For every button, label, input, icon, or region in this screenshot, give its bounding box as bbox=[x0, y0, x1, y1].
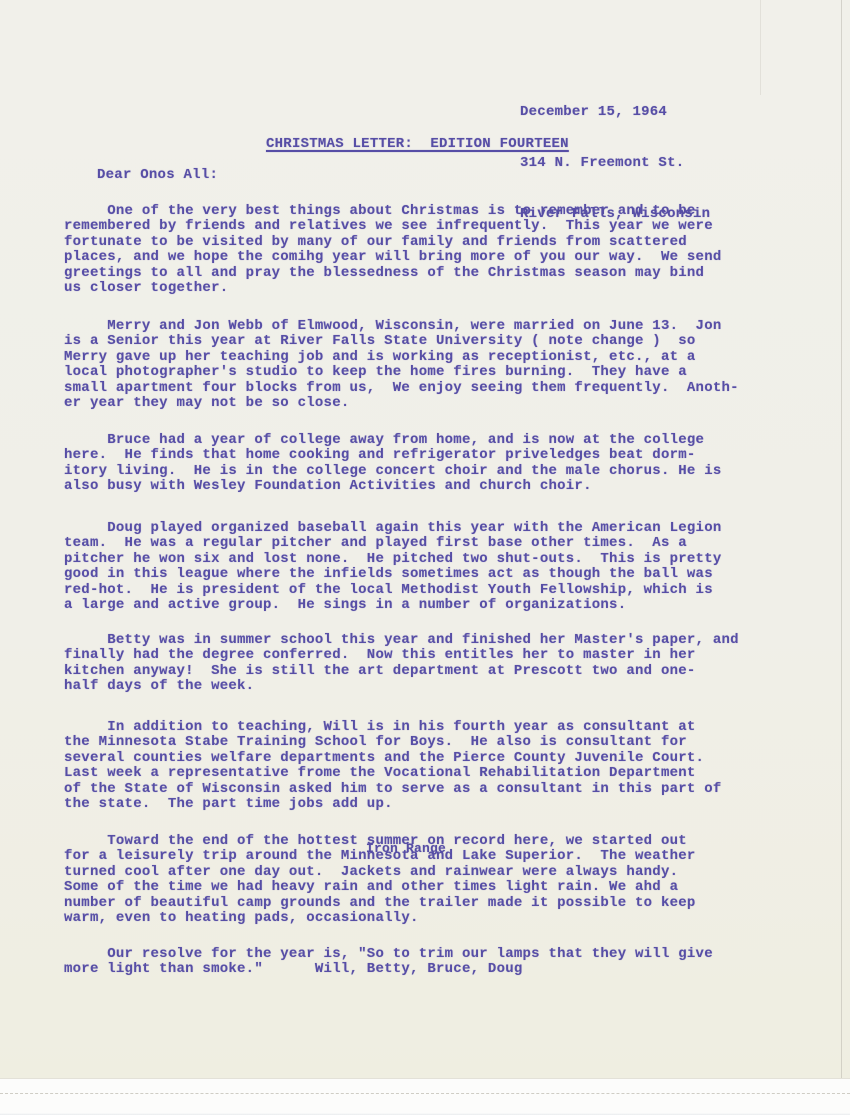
paragraph-merry-and-jon: Merry and Jon Webb of Elmwood, Wisconsin… bbox=[64, 319, 739, 411]
paragraph-will: In addition to teaching, Will is in his … bbox=[64, 720, 722, 812]
interlinear-insertion-iron-range: Iron Range bbox=[366, 841, 446, 856]
scan-bottom-margin-strip bbox=[0, 1078, 850, 1115]
street-address-line: 314 N. Freemont St. bbox=[520, 155, 710, 172]
salutation: Dear Onos All: bbox=[97, 167, 218, 183]
scanned-letter-page: December 15, 1964 314 N. Freemont St. Ri… bbox=[0, 0, 850, 1115]
paper-right-edge bbox=[841, 0, 842, 1080]
paragraph-closing-and-signature: Our resolve for the year is, "So to trim… bbox=[64, 947, 713, 978]
paragraph-christmas-greeting: One of the very best things about Christ… bbox=[64, 204, 722, 296]
date-line: December 15, 1964 bbox=[520, 104, 710, 121]
paper-edge-artifact bbox=[760, 0, 761, 95]
letter-title: CHRISTMAS LETTER: EDITION FOURTEEN bbox=[266, 136, 569, 152]
paragraph-betty: Betty was in summer school this year and… bbox=[64, 633, 739, 695]
paragraph-bruce: Bruce had a year of college away from ho… bbox=[64, 433, 722, 495]
paragraph-doug: Doug played organized baseball again thi… bbox=[64, 521, 722, 613]
perforation-line bbox=[0, 1093, 850, 1094]
